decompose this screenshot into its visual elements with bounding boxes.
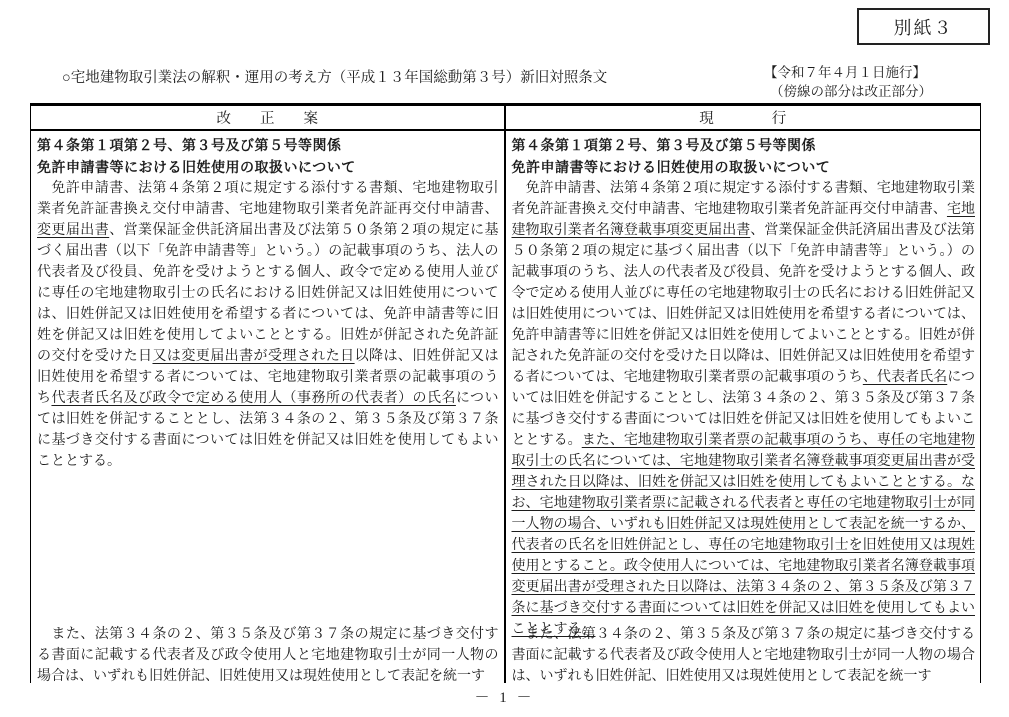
body-text: 免許申請書、法第４条第２項に規定する添付する書類、宅地建物取引業者免許証書換え交… [37, 181, 499, 217]
section-heading: 免許申請書等における旧姓使用の取扱いについて [512, 157, 976, 179]
doc-title: ○宅地建物取引業法の解釈・運用の考え方（平成１３年国総動第３号）新旧対照条文 [62, 66, 607, 87]
table-body: 第４条第１項第２号、第３号及び第５号等関係免許申請書等における旧姓使用の取扱いに… [31, 131, 980, 683]
column-header-current: 現 行 [506, 106, 981, 129]
column-header-amendment: 改 正 案 [31, 106, 506, 129]
amended-underline-text: 代表者氏名及び政令で定める使用人（事務所の代表者）の氏名 [51, 391, 455, 406]
section-heading: 第４条第１項第２号、第３号及び第５号等関係 [512, 135, 976, 157]
enforcement-date: 【令和７年４月１日施行】 [764, 63, 932, 82]
paragraph: 免許申請書、法第４条第２項に規定する添付する書類、宅地建物取引業者免許証書換え交… [37, 178, 499, 472]
amendment-column: 第４条第１項第２号、第３号及び第５号等関係免許申請書等における旧姓使用の取扱いに… [31, 131, 506, 683]
paragraph: また、法第３４条の２、第３５条及び第３７条の規定に基づき交付する書面に記載する代… [512, 624, 976, 683]
amended-underline-text: 、代表者氏名 [863, 370, 947, 385]
section-heading: 第４条第１項第２号、第３号及び第５号等関係 [37, 135, 499, 157]
body-text: また、法第３４条の２、第３５条及び第３７条の規定に基づき交付する書面に記載する代… [512, 627, 976, 683]
enforcement-note-block: 【令和７年４月１日施行】 （傍線の部分は改正部分） [764, 63, 932, 101]
amended-underline-text: 変更届出書 [37, 223, 109, 238]
body-text: 、営業保証金供託済届出書及び法第５０条第２項の規定に基づく届出書（以下「免許申請… [37, 223, 499, 364]
revision-note: （傍線の部分は改正部分） [764, 82, 932, 101]
table-header-row: 改 正 案 現 行 [31, 106, 980, 131]
page-number: － 1 － [0, 686, 1009, 707]
amended-underline-text: また、宅地建物取引業者票の記載事項のうち、専任の宅地建物取引士の氏名については、… [512, 433, 976, 637]
current-column: 第４条第１項第２号、第３号及び第５号等関係免許申請書等における旧姓使用の取扱いに… [506, 131, 981, 683]
paragraph: 免許申請書、法第４条第２項に規定する添付する書類、宅地建物取引業者免許証書換え交… [512, 178, 976, 640]
section-heading: 免許申請書等における旧姓使用の取扱いについて [37, 157, 499, 179]
attachment-label: 別紙３ [894, 14, 954, 40]
body-text: また、法第３４条の２、第３５条及び第３７条の規定に基づき交付する書面に記載する代… [37, 627, 499, 683]
paragraph: また、法第３４条の２、第３５条及び第３７条の規定に基づき交付する書面に記載する代… [37, 624, 499, 683]
comparison-table: 改 正 案 現 行 第４条第１項第２号、第３号及び第５号等関係免許申請書等におけ… [30, 103, 981, 683]
body-text: 、営業保証金供託済届出書及び法第５０条第２項の規定に基づく届出書（以下「免許申請… [512, 223, 976, 385]
amended-underline-text: 又は変更届出書が受理された日 [152, 349, 354, 364]
body-text: 免許申請書、法第４条第２項に規定する添付する書類、宅地建物取引業者免許証書換え交… [512, 181, 976, 217]
attachment-label-box: 別紙３ [857, 8, 990, 45]
